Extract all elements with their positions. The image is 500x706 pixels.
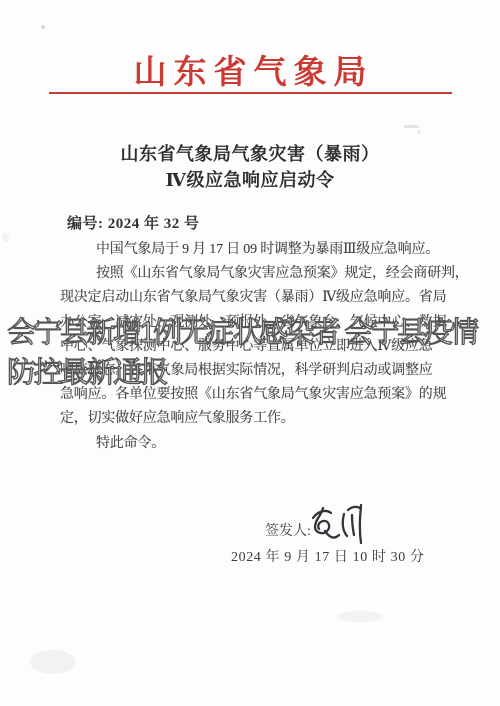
- document-body-line: 定，切实做好应急响应气象服务工作。: [60, 407, 452, 431]
- letterhead-rule: [49, 92, 452, 94]
- news-headline-line2: 防控最新通报: [7, 353, 500, 393]
- scan-artifact: [417, 130, 421, 134]
- news-headline-line1: 会宁县新增1例无症状感染者 会宁县疫情: [7, 313, 500, 353]
- document-body-line: 特此命令。: [60, 432, 452, 456]
- issue-number: 编号: 2024 年 32 号: [67, 212, 200, 233]
- scan-artifact: [2, 233, 9, 242]
- scanned-document-page: 山东省气象局 山东省气象局气象灾害（暴雨） Ⅳ级应急响应启动令 编号: 2024…: [0, 0, 500, 706]
- handwritten-signature: [306, 501, 370, 547]
- document-body-line: 现决定启动山东省气象局气象灾害（暴雨）Ⅳ级应急响应。省局: [60, 286, 452, 310]
- document-title-line1: 山东省气象局气象灾害（暴雨）: [0, 140, 500, 166]
- issue-datetime: 2024 年 9 月 17 日 10 时 30 分: [231, 546, 425, 566]
- document-title-line2: Ⅳ级应急响应启动令: [0, 166, 500, 192]
- news-headline-overlay: 会宁县新增1例无症状感染者 会宁县疫情 防控最新通报: [7, 313, 500, 393]
- scan-artifact: [404, 125, 419, 128]
- scan-artifact: [41, 25, 45, 29]
- signer-label: 签发人:: [265, 520, 311, 540]
- scan-artifact: [337, 611, 383, 622]
- scan-artifact: [30, 650, 76, 674]
- document-body-line: 中国气象局于 9 月 17 日 09 时调整为暴雨Ⅲ级应急响应。: [60, 238, 452, 262]
- letterhead-bureau-name: 山东省气象局: [0, 46, 500, 93]
- signer-name: 李刚: [0, 0, 1, 1]
- document-body-line: 按照《山东省气象局气象灾害应急预案》规定，经会商研判，: [60, 262, 452, 286]
